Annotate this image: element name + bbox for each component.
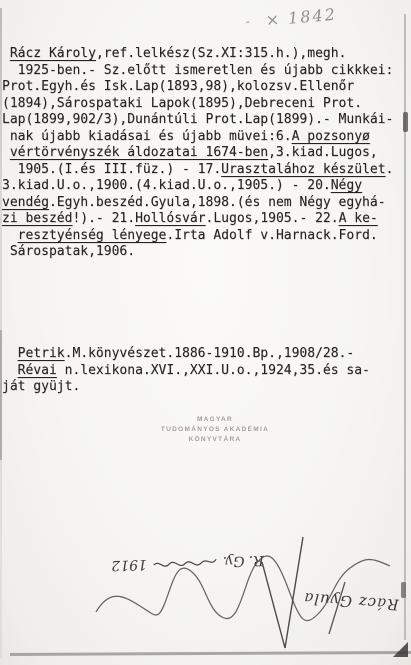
typed-references-block: Petrik.M.könyvészet.1886-1910.Bp.,1908/2… — [2, 346, 411, 396]
stamp-line: TUDOMÁNYOS AKADÉMIA — [140, 425, 290, 435]
typed-line: Lap(1899,902/3),Dunántúli Prot.Lap(1899)… — [2, 112, 411, 129]
typed-text — [2, 228, 18, 243]
typed-line: Révai n.lexikona.XVI.,XXI.U.o.,1924,35.é… — [2, 363, 411, 380]
underlined-text: vértörvényszék áldozatai 1674-ben — [10, 145, 268, 160]
typed-text — [2, 363, 18, 378]
underlined-text: Hollósvár — [135, 211, 205, 226]
typed-text: .Lugos,1905.- 22. — [206, 211, 339, 226]
typed-text: 1905.(I.és III.füz.) - 17. — [2, 162, 221, 177]
typed-text: ,3.kiad.Lugos, — [268, 145, 378, 160]
underlined-text: Révai — [18, 363, 57, 378]
typed-text: Prot.Egyh.és Isk.Lap(1893,98),kolozsv.El… — [2, 79, 354, 94]
typed-text: (1894),Sárospataki Lapok(1895),Debreceni… — [2, 96, 362, 111]
scan-blemish-right-lower — [401, 582, 406, 598]
typed-text: !).- 21. — [72, 211, 135, 226]
typed-text: . — [386, 162, 394, 177]
typed-text: .M.könyvészet.1886-1910.Bp.,1908/28.- — [65, 346, 355, 361]
typed-text: nak újabb kiadásai és újabb müvei:6. — [2, 129, 292, 144]
typed-text: Lap(1899,902/3),Dunántúli Prot.Lap(1899)… — [2, 112, 393, 127]
scan-edge-right — [404, 14, 406, 640]
typed-text: 1925-ben.- Sz.előtt ismeretlen és újabb … — [2, 63, 393, 78]
typed-text: n.lexikona.XVI.,XXI.U.o.,1924,35.és sa- — [57, 363, 370, 378]
typed-line: 1905.(I.és III.füz.) - 17.Urasztalához k… — [2, 162, 411, 179]
underlined-text: vendég — [2, 195, 49, 210]
underlined-text: A ke- — [339, 211, 378, 226]
library-stamp: MAGYAR TUDOMÁNYOS AKADÉMIA KÖNYVTÁRA — [140, 415, 290, 445]
scan-corner-mark — [393, 642, 408, 657]
pencil-annotation-text: × 1842 — [265, 5, 338, 30]
illegible-word-squiggle — [152, 555, 218, 571]
typed-line: vértörvényszék áldozatai 1674-ben,3.kiad… — [2, 145, 411, 162]
typed-line: vendég.Egyh.beszéd.Gyula,1898.(és nem Né… — [2, 195, 411, 212]
scanned-catalog-card: -× 1842 Rácz Károly,ref.lelkész(Sz.XI:31… — [0, 0, 411, 665]
typed-line: ját gyüjt. — [2, 379, 411, 396]
typed-entry-block: Rácz Károly,ref.lelkész(Sz.XI:315.h.),me… — [2, 46, 411, 261]
underlined-text: A pozsonyø — [292, 129, 370, 144]
underlined-text: zi beszéd — [2, 211, 72, 226]
stamp-line: MAGYAR — [140, 415, 290, 425]
typed-text: Sárospatak,1906. — [2, 244, 135, 259]
handwritten-signature-inverted: Rácz Gyula — [290, 580, 400, 613]
scan-blemish-right-upper — [403, 112, 408, 132]
typed-line: resztyénség lényege.Irta Adolf v.Harnack… — [2, 228, 411, 245]
typed-line: Prot.Egyh.és Isk.Lap(1893,98),kolozsv.El… — [2, 79, 411, 96]
typed-text — [2, 46, 10, 61]
stamp-line: KÖNYVTÁRA — [140, 435, 290, 445]
typed-text: ját gyüjt. — [2, 379, 80, 394]
typed-text: .Egyh.beszéd.Gyula,1898.(és nem Négy egy… — [49, 195, 386, 210]
handwritten-note-inverted: R. Gy. 1912 — [86, 547, 265, 579]
typed-line: (1894),Sárospataki Lapok(1895),Debreceni… — [2, 96, 411, 113]
typed-line: zi beszéd!).- 21.Hollósvár.Lugos,1905.- … — [2, 211, 411, 228]
underlined-text: Rácz Károly — [10, 46, 96, 61]
typed-text: .Irta Adolf v.Harnack.Ford. — [166, 228, 377, 243]
typed-line: Sárospatak,1906. — [2, 244, 411, 261]
underlined-text: Urasztalához készület — [221, 162, 385, 177]
underlined-text: Négy — [331, 178, 362, 193]
scan-edge-bottom — [10, 651, 411, 656]
typed-text: ,ref.lelkész(Sz.XI:315.h.),megh. — [96, 46, 346, 61]
underlined-text: resztyénség lényege — [18, 228, 167, 243]
typed-line: 1925-ben.- Sz.előtt ismeretlen és újabb … — [2, 63, 411, 80]
typed-text — [2, 346, 18, 361]
typed-text — [2, 145, 10, 160]
typed-line: Petrik.M.könyvészet.1886-1910.Bp.,1908/2… — [2, 346, 411, 363]
scan-edge-left-dark — [0, 330, 2, 460]
pencil-dash-mark: - — [245, 14, 252, 28]
handwritten-initials: R. Gy. — [223, 552, 265, 569]
typed-line: nak újabb kiadásai és újabb müvei:6.A po… — [2, 129, 411, 146]
pencil-annotation: -× 1842 — [245, 0, 397, 42]
typed-text: 3.kiad.U.o.,1900.(4.kiad.U.o.,1905.) - 2… — [2, 178, 331, 193]
handwritten-year: 1912 — [111, 556, 147, 573]
underlined-text: Petrik — [18, 346, 65, 361]
typed-line: 3.kiad.U.o.,1900.(4.kiad.U.o.,1905.) - 2… — [2, 178, 411, 195]
typed-line: Rácz Károly,ref.lelkész(Sz.XI:315.h.),me… — [2, 46, 411, 63]
